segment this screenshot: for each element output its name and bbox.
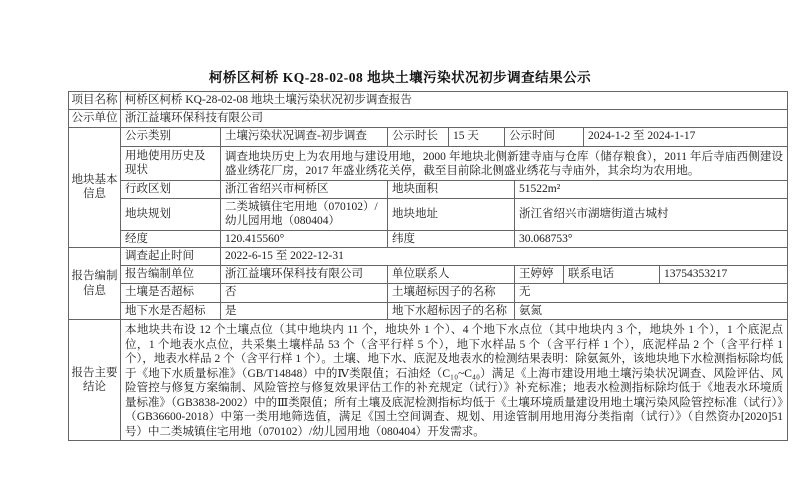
table-row-report-unit: 报告编制单位 浙江益壤环保科技有限公司 单位联系人 王婷婷 联系电话 13754… (121, 266, 787, 284)
report-unit-value: 浙江益壤环保科技有限公司 (221, 266, 388, 284)
soil-factor-label: 土壤超标因子的名称 (388, 284, 515, 303)
groundwater-factor-value: 氨氮 (515, 303, 787, 321)
contact-value: 王婷婷 (515, 266, 564, 284)
address-value: 浙江省绍兴市湖塘街道古城村 (515, 199, 787, 231)
notice-type-label: 公示类别 (121, 128, 221, 147)
notice-period-value: 2024-1-2 至 2024-1-17 (584, 128, 787, 147)
conclusion-group-label: 报告主要结论 (69, 320, 121, 440)
table-row-land-history: 用地使用历史及现状 调查地块历史上为农用地与建设用地，2000 年地块北侧新建寺… (121, 147, 787, 181)
conclusion-rows: 本地块共布设 12 个土壤点位（其中地块内 11 个，地块外 1 个）、4 个地… (121, 320, 787, 440)
notice-duration-label: 公示时长 (388, 128, 449, 147)
table-row-groundwater-exceed: 地下水是否超标 是 地下水超标因子的名称 氨氮 (121, 303, 787, 321)
table-row-notice-type: 公示类别 土壤污染状况调查-初步调查 公示时长 15 天 公示时间 2024-1… (121, 128, 787, 147)
basic-info-section: 地块基本信息 公示类别 土壤污染状况调查-初步调查 公示时长 15 天 公示时间… (69, 128, 787, 249)
area-label: 地块面积 (388, 181, 515, 199)
soil-exceed-label: 土壤是否超标 (121, 284, 221, 303)
district-value: 浙江省绍兴市柯桥区 (221, 181, 388, 199)
phone-value: 13754353217 (660, 266, 787, 284)
report-info-section: 报告编制信息 调查起止时间 2022-6-15 至 2022-12-31 报告编… (69, 248, 787, 320)
basic-info-group-label: 地块基本信息 (69, 128, 121, 249)
phone-label: 联系电话 (564, 266, 660, 284)
land-history-label: 用地使用历史及现状 (121, 147, 221, 181)
longitude-label: 经度 (121, 231, 221, 249)
longitude-value: 120.415560° (221, 231, 388, 249)
soil-exceed-value: 否 (221, 284, 388, 303)
table-row-publisher: 公示单位 浙江益壤环保科技有限公司 (69, 110, 787, 128)
table-row-soil-exceed: 土壤是否超标 否 土壤超标因子的名称 无 (121, 284, 787, 303)
table-row-district: 行政区划 浙江省绍兴市柯桥区 地块面积 51522m² (121, 181, 787, 199)
basic-info-rows: 公示类别 土壤污染状况调查-初步调查 公示时长 15 天 公示时间 2024-1… (121, 128, 787, 249)
notice-period-label: 公示时间 (505, 128, 584, 147)
latitude-label: 纬度 (388, 231, 515, 249)
report-info-group-label: 报告编制信息 (69, 248, 121, 320)
project-name-value: 柯桥区柯桥 KQ-28-02-08 地块土壤污染状况初步调查报告 (121, 92, 787, 110)
survey-period-label: 调查起止时间 (121, 248, 221, 266)
publisher-value: 浙江益壤环保科技有限公司 (121, 110, 787, 128)
notice-type-value: 土壤污染状况调查-初步调查 (221, 128, 388, 147)
conclusion-section: 报告主要结论 本地块共布设 12 个土壤点位（其中地块内 11 个，地块外 1 … (69, 320, 787, 440)
report-info-rows: 调查起止时间 2022-6-15 至 2022-12-31 报告编制单位 浙江益… (121, 248, 787, 320)
district-label: 行政区划 (121, 181, 221, 199)
area-value: 51522m² (515, 181, 787, 199)
land-history-value: 调查地块历史上为农用地与建设用地，2000 年地块北侧新建寺庙与仓库（储存粮食）… (221, 147, 787, 181)
table-row-planning: 地块规划 二类城镇住宅用地（070102）/幼儿园用地（080404） 地块地址… (121, 199, 787, 231)
project-name-label: 项目名称 (69, 92, 121, 110)
groundwater-exceed-label: 地下水是否超标 (121, 303, 221, 321)
report-unit-label: 报告编制单位 (121, 266, 221, 284)
soil-factor-value: 无 (515, 284, 787, 303)
planning-value: 二类城镇住宅用地（070102）/幼儿园用地（080404） (221, 199, 388, 231)
page-title: 柯桥区柯桥 KQ-28-02-08 地块土壤污染状况初步调查结果公示 (0, 66, 800, 86)
groundwater-exceed-value: 是 (221, 303, 388, 321)
groundwater-factor-label: 地下水超标因子的名称 (388, 303, 515, 321)
info-table: 项目名称 柯桥区柯桥 KQ-28-02-08 地块土壤污染状况初步调查报告 公示… (68, 91, 788, 441)
planning-label: 地块规划 (121, 199, 221, 231)
conclusion-value: 本地块共布设 12 个土壤点位（其中地块内 11 个，地块外 1 个）、4 个地… (121, 320, 787, 440)
document-page: 柯桥区柯桥 KQ-28-02-08 地块土壤污染状况初步调查结果公示 项目名称 … (0, 0, 800, 500)
table-row-survey-period: 调查起止时间 2022-6-15 至 2022-12-31 (121, 248, 787, 266)
table-row-coordinates: 经度 120.415560° 纬度 30.068753° (121, 231, 787, 249)
land-history-text: 调查地块历史上为农用地与建设用地，2000 年地块北侧新建寺庙与仓库（储存粮食）… (225, 148, 783, 179)
survey-period-value: 2022-6-15 至 2022-12-31 (221, 248, 787, 266)
table-row-conclusion: 本地块共布设 12 个土壤点位（其中地块内 11 个，地块外 1 个）、4 个地… (121, 320, 787, 440)
contact-label: 单位联系人 (388, 266, 515, 284)
publisher-label: 公示单位 (69, 110, 121, 128)
latitude-value: 30.068753° (515, 231, 787, 249)
notice-duration-value: 15 天 (449, 128, 505, 147)
address-label: 地块地址 (388, 199, 515, 231)
conclusion-text: 本地块共布设 12 个土壤点位（其中地块内 11 个，地块外 1 个）、4 个地… (125, 321, 783, 439)
table-row-project-name: 项目名称 柯桥区柯桥 KQ-28-02-08 地块土壤污染状况初步调查报告 (69, 92, 787, 110)
